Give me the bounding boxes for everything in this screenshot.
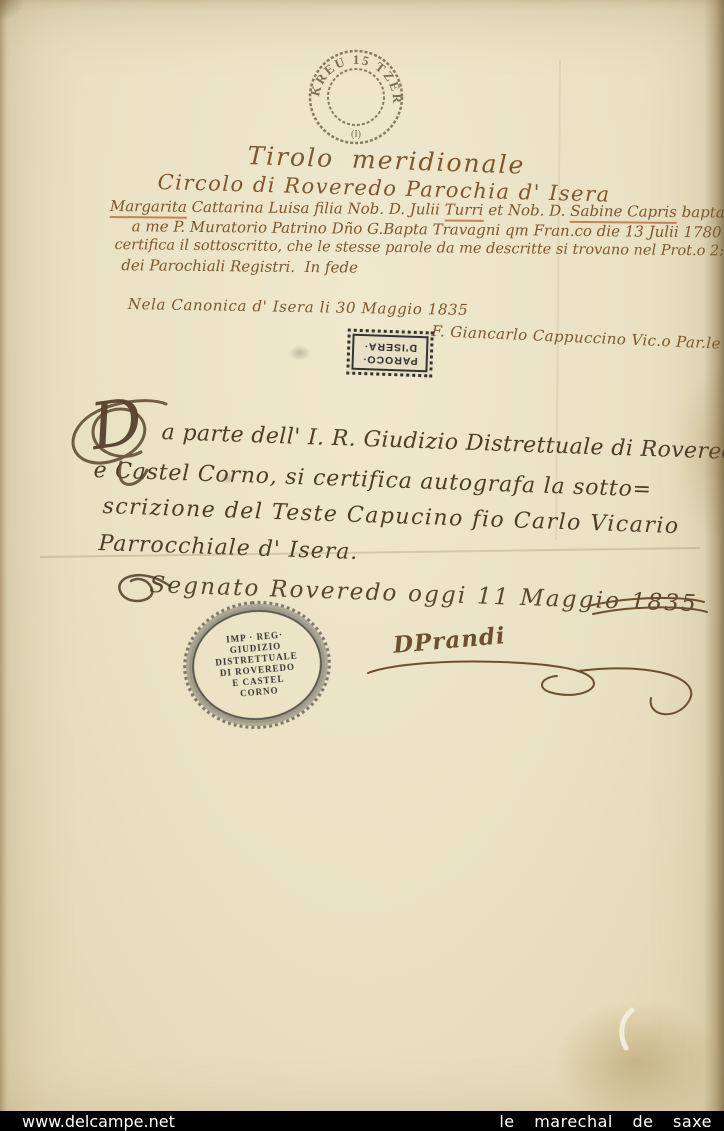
court-stamp-line: GIUDIZIO bbox=[229, 641, 281, 656]
attestation-line: scrizione del Teste Capucino fio Carlo V… bbox=[102, 494, 680, 539]
watermark-seller: le marechal de saxe bbox=[499, 1112, 712, 1131]
court-stamp-line: DI ROVEREDO bbox=[220, 662, 296, 680]
seal-bottom-text: (I) bbox=[351, 129, 361, 140]
parish-stamp-line: D'ISERA· bbox=[356, 339, 424, 354]
ornate-initial: D bbox=[86, 385, 147, 465]
district-court-stamp: IMP · REG· GIUDIZIO DISTRETTUALE DI ROVE… bbox=[187, 605, 326, 726]
parish-stamp-line: PAROCO· bbox=[356, 352, 424, 367]
court-stamp-line: E CASTEL bbox=[232, 674, 285, 690]
attestation-line: Parrocchiale d' Isera. bbox=[98, 531, 359, 565]
underlined-name: Turri bbox=[445, 201, 484, 222]
certificate-text: bapta fuit bbox=[677, 203, 724, 222]
seal-ring-text: KREU 15 TZER bbox=[307, 52, 405, 105]
official-signature: DPrandi bbox=[392, 622, 507, 659]
kreuzer-seal-icon: KREU 15 TZER (I) bbox=[304, 45, 408, 149]
place-date-line: Nela Canonica d' Isera li 30 Maggio 1835 bbox=[128, 295, 469, 319]
vicar-signature-line: F. Giancarlo Cappuccino Vic.o Par.le bbox=[431, 322, 721, 353]
watermark-bar: www.delcampe.net le marechal de saxe bbox=[0, 1111, 724, 1131]
svg-text:KREU 15 TZER: KREU 15 TZER bbox=[307, 52, 405, 105]
certificate-text: et Nob. D. bbox=[483, 201, 570, 220]
court-stamp-line: CORNO bbox=[240, 685, 279, 699]
underlined-name: Margarita bbox=[110, 197, 187, 219]
parish-stamp: PAROCO· D'ISERA· bbox=[346, 329, 434, 378]
underlined-name: Sabine Capris bbox=[570, 202, 677, 224]
document-paper: KREU 15 TZER (I) Tirolo meridionale Circ… bbox=[0, 0, 724, 1131]
attestation-line: a parte dell' I. R. Giudizio Distrettual… bbox=[161, 420, 724, 466]
certificate-text: Cattarina Luisa filia Nob. D. Julii bbox=[187, 198, 445, 219]
baptism-certificate-paragraph: Margarita Cattarina Luisa filia Nob. D. … bbox=[109, 197, 724, 282]
court-stamp-line: IMP · REG· bbox=[226, 630, 284, 646]
court-stamp-line: DISTRETTUALE bbox=[215, 650, 298, 668]
watermark-site: www.delcampe.net bbox=[22, 1112, 175, 1131]
